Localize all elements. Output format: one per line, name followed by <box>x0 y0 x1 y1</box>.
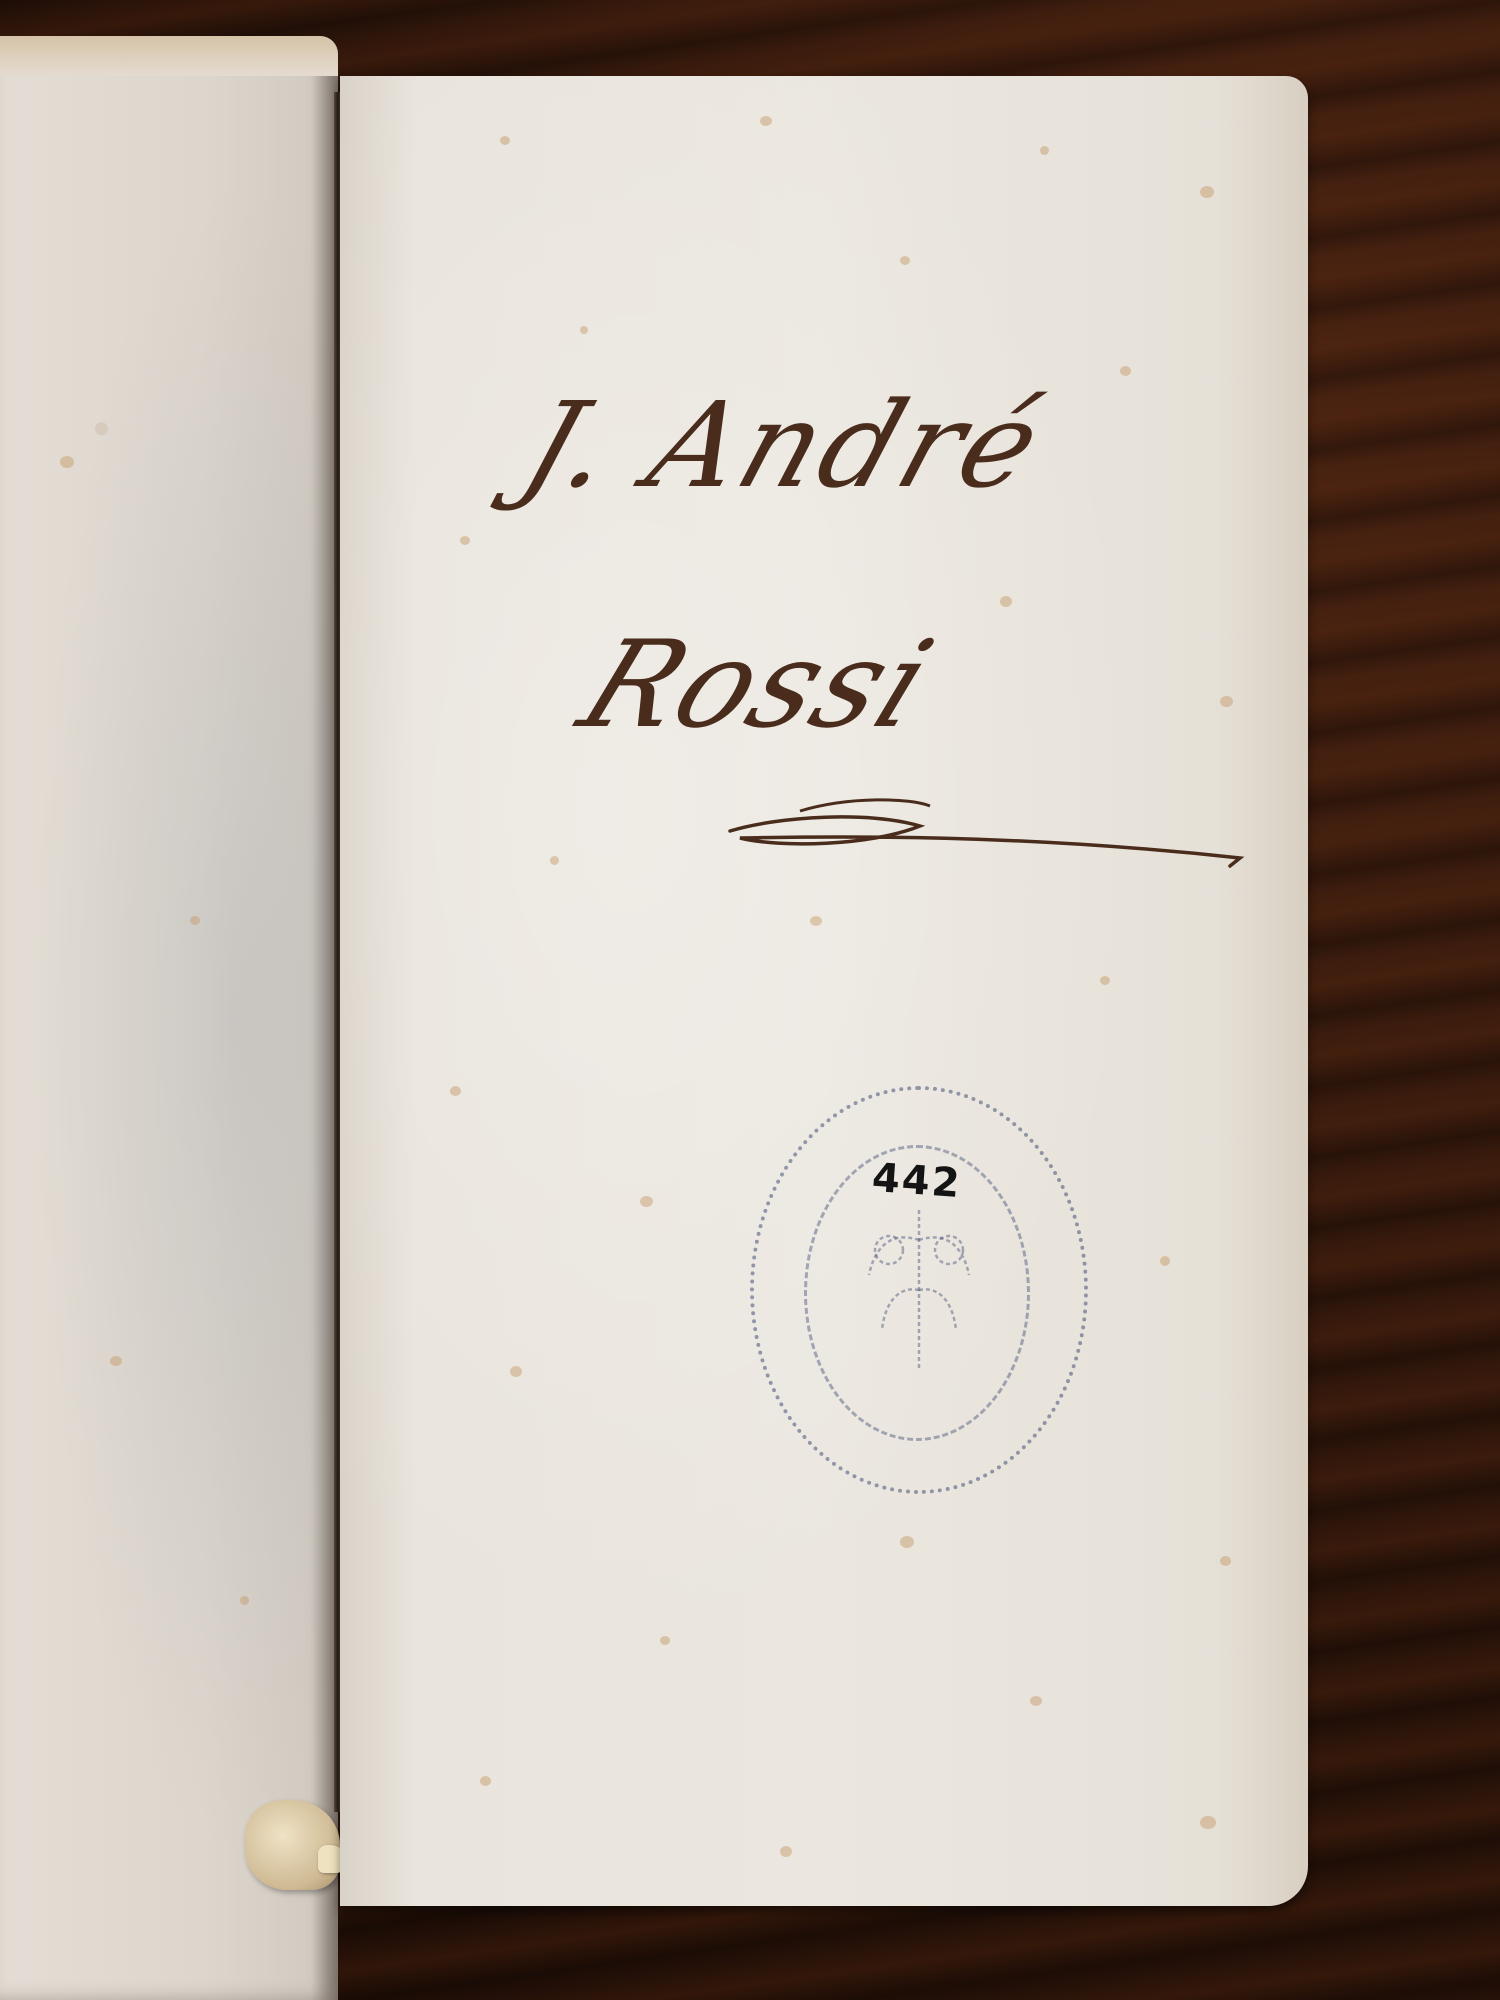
stamp-emblem-icon <box>844 1180 994 1400</box>
right-flyleaf: J. André Rossi 442 <box>340 76 1308 1906</box>
library-stamp: 442 <box>750 1086 1088 1494</box>
stamp-number: 442 <box>871 1155 963 1207</box>
left-flyleaf <box>0 36 338 2000</box>
inscription-surname-line: Rossi <box>562 616 952 755</box>
inscription-name-line: J. André <box>508 376 1061 514</box>
signature-flourish <box>720 776 1260 876</box>
